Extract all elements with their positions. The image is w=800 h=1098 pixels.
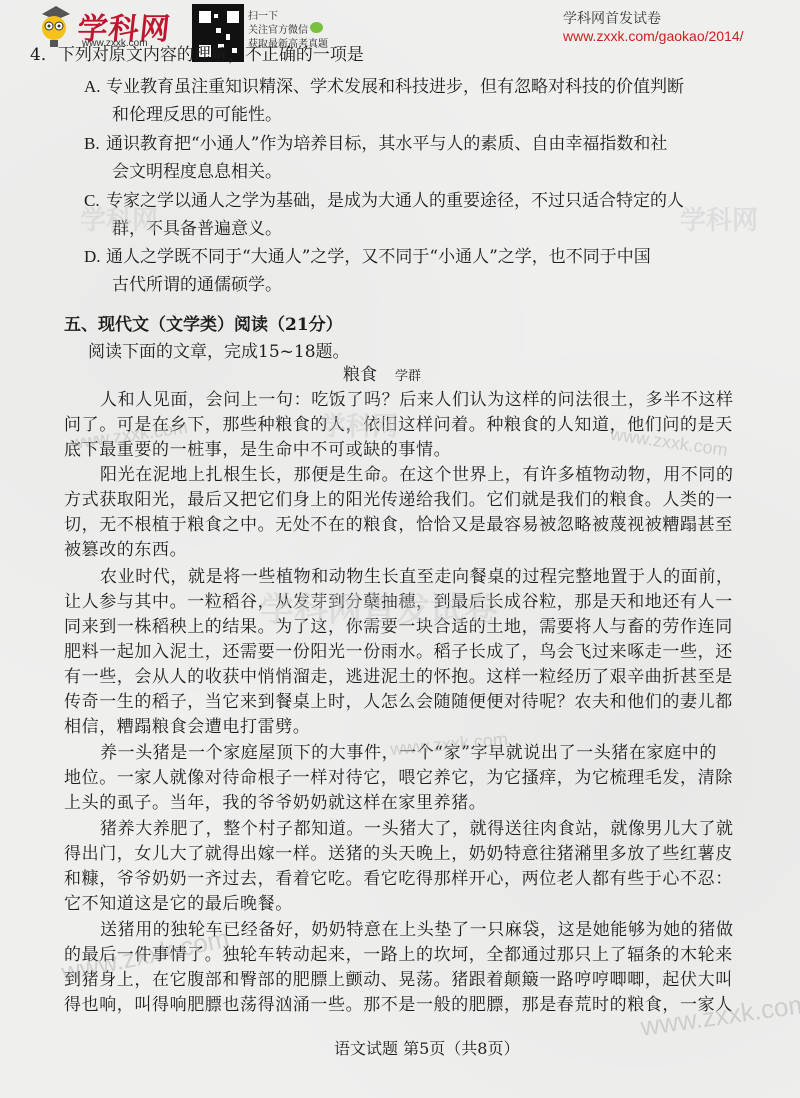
option-a-cont: 和伦理反思的可能性。	[112, 104, 282, 126]
question-stem-text: 4．下列对原文内容的理解，不正确的一项是	[30, 44, 364, 66]
paragraph-line: 有一些，会从人的收获中悄悄溜走，逃进泥土的怀抱。这样一粒经历了艰辛曲折甚至是	[64, 666, 733, 688]
paragraph-line: 和糠，爷爷奶奶一齐过去，看着它吃。看它吃得那样开心，两位老人都有些于心不忍：	[64, 868, 733, 890]
paragraph-line: 相信，糟蹋粮食会遭电打雷劈。	[64, 716, 310, 738]
option-text: 专家之学以通人之学为基础，是成为大通人的重要途径，不过只适合特定的人	[106, 191, 684, 211]
option-label: B.	[84, 133, 106, 155]
option-a: A.专业教育虽注重知识精深、学术发展和科技进步，但有忽略对科技的价值判断	[84, 76, 684, 98]
paragraph-line: 送猪用的独轮车已经备好，奶奶特意在上头垫了一只麻袋，这是她能够为她的猪做	[100, 919, 734, 941]
page-header: 学科网 www.zxxk.com 扫一下 关注官方微信 获取最新高考真题 学科网…	[0, 0, 800, 50]
brand-url-link[interactable]: www.zxxk.com/gaokao/2014/	[563, 28, 744, 44]
paragraph-line: 方式获取阳光，最后又把它们身上的阳光传递给我们。它们就是我们的粮食。人类的一	[64, 489, 733, 511]
section-5-instruction: 阅读下面的文章，完成15~18题。	[88, 341, 350, 363]
paragraph-line: 阳光在泥地上扎根生长，那便是生命。在这个世界上，有许多植物动物，用不同的	[100, 464, 734, 486]
option-label: A.	[84, 76, 106, 98]
page-footer: 语文试题 第5页（共8页）	[334, 1038, 519, 1060]
option-d-cont: 古代所谓的通儒硕学。	[112, 274, 282, 296]
option-b: B.通识教育把“小通人”作为培养目标，其水平与人的素质、自由幸福指数和社	[84, 133, 667, 155]
paragraph-line: 它不知道这是它的最后晚餐。	[64, 893, 293, 915]
watermark-logo: 学科网	[680, 200, 758, 237]
question-4-stem: 4．下列对原文内容的理解，不正确的一项是	[30, 44, 280, 66]
option-c: C.专家之学以通人之学为基础，是成为大通人的重要途径，不过只适合特定的人	[84, 190, 684, 212]
option-label: C.	[84, 190, 106, 212]
option-d: D.通人之学既不同于“大通人”之学，又不同于“小通人”之学，也不同于中国	[84, 246, 651, 268]
option-text: 通识教育把“小通人”作为培养目标，其水平与人的素质、自由幸福指数和社	[106, 134, 667, 154]
option-label: D.	[84, 246, 106, 268]
option-c-cont: 群，不具备普遍意义。	[112, 218, 282, 240]
mascot-logo-icon	[34, 4, 74, 48]
paragraph-line: 被篡改的东西。	[64, 539, 187, 561]
paragraph-line: 让人参与其中。一粒稻谷，从发芽到分蘖抽穗，到最后长成谷粒，那是天和地还有人一	[64, 591, 733, 613]
brand-title: 学科网首发试卷	[563, 8, 661, 28]
option-text: 通人之学既不同于“大通人”之学，又不同于“小通人”之学，也不同于中国	[106, 247, 651, 267]
paragraph-line: 得出门，女儿大了就得出嫁一样。送猪的头天晚上，奶奶特意往猪潲里多放了些红薯皮	[64, 843, 733, 865]
option-b-cont: 会文明程度息息相关。	[112, 161, 282, 183]
paragraph-line: 地位。一家人就像对待命根子一样对待它，喂它养它，为它搔痒，为它梳理毛发，清除	[64, 767, 733, 789]
paragraph-line: 切，无不根植于粮食之中。无处不在的粮食，恰恰又是最容易被忽略被蔑视被糟蹋甚至	[64, 514, 733, 536]
option-text: 专业教育虽注重知识精深、学术发展和科技进步，但有忽略对科技的价值判断	[106, 77, 684, 97]
article-title-line: 粮食学群	[343, 364, 421, 388]
paragraph-line: 得也响，叫得响肥膘也荡得汹涌一些。那不是一般的肥膘，那是春荒时的粮食，一家人	[64, 994, 733, 1016]
paragraph-line: 传奇一生的稻子，当它来到餐桌上时，人怎么会随随便便对待呢？农夫和他们的妻儿都	[64, 691, 733, 713]
article-author: 学群	[395, 369, 421, 384]
paragraph-line: 同来到一株稻秧上的结果。为了这，你需要一块合适的土地，需要将人与畜的劳作连同	[64, 616, 733, 638]
wechat-icon	[310, 22, 323, 33]
paragraph-line: 养一头猪是一个家庭屋顶下的大事件，一个“家”字早就说出了一头猪在家庭中的	[100, 742, 717, 764]
paragraph-line: 上头的虱子。当年，我的爷爷奶奶就这样在家里养猪。	[64, 792, 486, 814]
paragraph-line: 到猪身上，在它腹部和臀部的肥膘上颤动、晃荡。猪跟着颠簸一路哼哼唧唧，起伏大叫	[64, 969, 733, 991]
paragraph-line: 人和人见面，会问上一句：吃饭了吗？后来人们认为这样的问法很土，多半不这样	[100, 389, 734, 411]
paragraph-line: 问了。可是在乡下，那些种粮食的人，依旧这样问着。种粮食的人知道，他们问的是天	[64, 414, 733, 436]
article-title: 粮食	[343, 365, 377, 385]
paragraph-line: 底下最重要的一桩事，是生命中不可或缺的事情。	[64, 439, 451, 461]
section-5-heading: 五、现代文（文学类）阅读（21分）	[64, 314, 343, 336]
paragraph-line: 农业时代，就是将一些植物和动物生长直至走向餐桌的过程完整地置于人的面前，	[100, 566, 734, 588]
paragraph-line: 肥料一起加入泥土，还需要一份阳光一份雨水。稻子长成了，鸟会飞过来啄走一些，还	[64, 641, 733, 663]
paragraph-line: 猪养大养肥了，整个村子都知道。一头猪大了，就得送往肉食站，就像男儿大了就	[100, 818, 734, 840]
paragraph-line: 的最后一件事情了。独轮车转动起来，一路上的坎坷，全都通过那只上了辐条的木轮来	[64, 944, 733, 966]
